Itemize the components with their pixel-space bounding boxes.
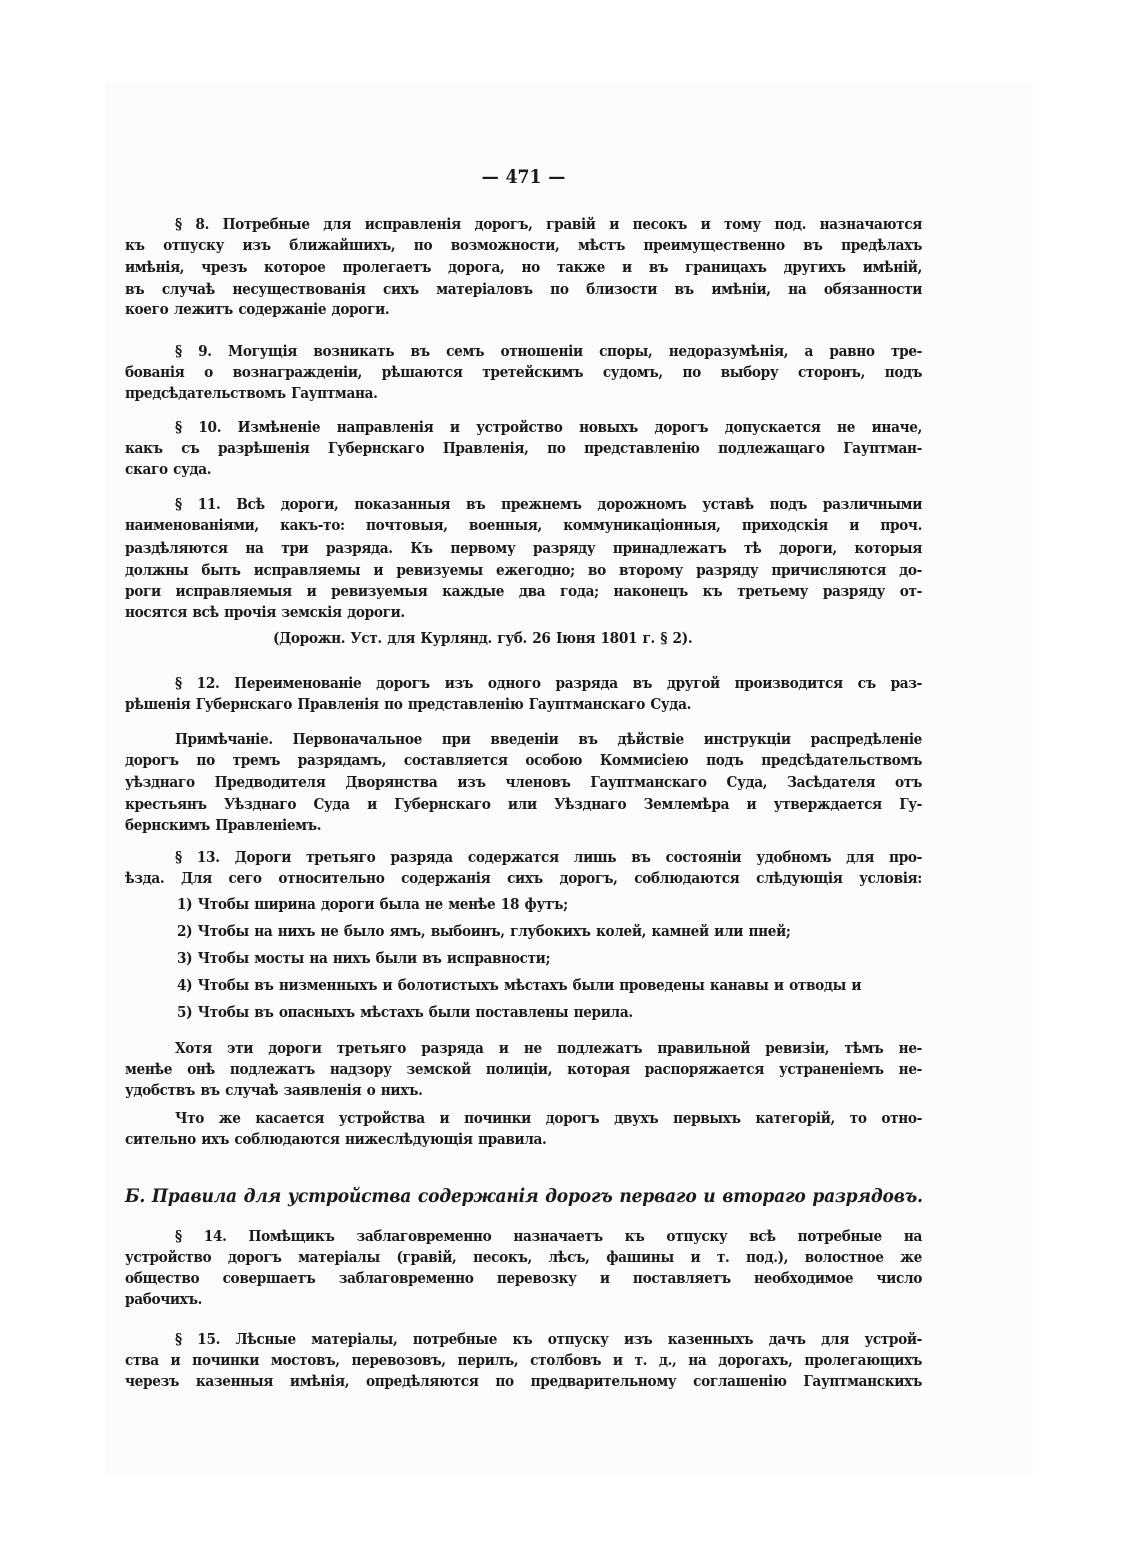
section-10-line-3: скаго суда.: [125, 459, 922, 479]
section-11-line-6: носятся всѣ прочія земскія дороги.: [125, 602, 922, 622]
section-14-line-1: § 14. Помѣщикъ заблаговременно назначает…: [125, 1226, 922, 1246]
section-11-line-5: роги исправляемыя и ревизуемыя каждые дв…: [125, 581, 922, 601]
section-13-line-1: § 13. Дороги третьяго разряда содержатся…: [125, 847, 922, 867]
section-13-item-1: 1) Чтобы ширина дороги была не менѣе 18 …: [125, 894, 922, 914]
rules-intro-line-2: сительно ихъ соблюдаются нижеслѣдующія п…: [125, 1129, 922, 1149]
section-8-line-3: имѣнія, чрезъ которое пролегаетъ дорога,…: [125, 257, 922, 277]
section-8-line-4: въ случаѣ несуществованія сихъ матеріало…: [125, 279, 922, 299]
note-line-3: уѣзднаго Предводителя Дворянства изъ чле…: [125, 772, 922, 792]
section-14-line-3: общество совершаетъ заблаговременно пере…: [125, 1268, 922, 1288]
supervision-line-1: Хотя эти дороги третьяго разряда и не по…: [125, 1038, 922, 1058]
section-9-line-1: § 9. Могущія возникать въ семъ отношеніи…: [125, 341, 922, 361]
section-13-line-2: ѣзда. Для сего относительно содержанія с…: [125, 868, 922, 888]
section-8-line-1: § 8. Потребные для исправленія дорогъ, г…: [125, 214, 922, 234]
section-15-line-3: черезъ казенныя имѣнія, опредѣляются по …: [125, 1371, 922, 1391]
section-14-line-4: рабочихъ.: [125, 1289, 922, 1309]
section-10-line-1: § 10. Измѣненіе направленія и устройство…: [125, 417, 922, 437]
note-line-4: крестьянъ Уѣзднаго Суда и Губернскаго ил…: [125, 794, 922, 814]
section-9-line-2: бованія о вознагражденіи, рѣшаются трете…: [125, 362, 922, 382]
section-13-item-5: 5) Чтобы въ опасныхъ мѣстахъ были постав…: [125, 1002, 922, 1022]
section-8-line-5: коего лежитъ содержаніе дороги.: [125, 299, 922, 319]
note-line-2: дорогъ по тремъ разрядамъ, составляется …: [125, 750, 922, 770]
section-11-line-4: должны быть исправляемы и ревизуемы ежег…: [125, 560, 922, 580]
section-11-citation: (Дорожн. Уст. для Курлянд. губ. 26 Іюня …: [125, 628, 922, 648]
note-line-5: бернскимъ Правленіемъ.: [125, 815, 922, 835]
section-10-line-2: какъ съ разрѣшенія Губернскаго Правленія…: [125, 438, 922, 458]
section-15-line-2: ства и починки мостовъ, перевозовъ, пери…: [125, 1350, 922, 1370]
section-11-line-2: наименованіями, какъ-то: почтовыя, военн…: [125, 515, 922, 535]
section-11-line-3: раздѣляются на три разряда. Къ первому р…: [125, 538, 922, 558]
supervision-line-2: менѣе онѣ подлежатъ надзору земской поли…: [125, 1059, 922, 1079]
section-13-item-4: 4) Чтобы въ низменныхъ и болотистыхъ мѣс…: [125, 975, 922, 995]
page-number: — 471 —: [125, 167, 922, 187]
note-line-1: Примѣчаніе. Первоначальное при введеніи …: [125, 729, 922, 749]
section-13-item-3: 3) Чтобы мосты на нихъ были въ исправнос…: [125, 948, 922, 968]
section-11-line-1: § 11. Всѣ дороги, показанныя въ прежнемъ…: [125, 494, 922, 514]
section-12-line-2: рѣшенія Губернскаго Правленія по предста…: [125, 694, 922, 714]
section-15-line-1: § 15. Лѣсные матеріалы, потребные къ отп…: [125, 1329, 922, 1349]
supervision-line-3: удобствъ въ случаѣ заявленія о нихъ.: [125, 1080, 922, 1100]
rules-intro-line-1: Что же касается устройства и починки дор…: [125, 1108, 922, 1128]
section-9-line-3: предсѣдательствомъ Гауптмана.: [125, 383, 922, 403]
section-heading-b: Б. Правила для устройства содержанія дор…: [125, 1184, 922, 1208]
section-8-line-2: къ отпуску изъ ближайшихъ, по возможност…: [125, 235, 922, 255]
section-13-item-2: 2) Чтобы на нихъ не было ямъ, выбоинъ, г…: [125, 921, 922, 941]
section-14-line-2: устройство дорогъ матеріалы (гравій, пес…: [125, 1247, 922, 1267]
section-12-line-1: § 12. Переименованіе дорогъ изъ одного р…: [125, 673, 922, 693]
